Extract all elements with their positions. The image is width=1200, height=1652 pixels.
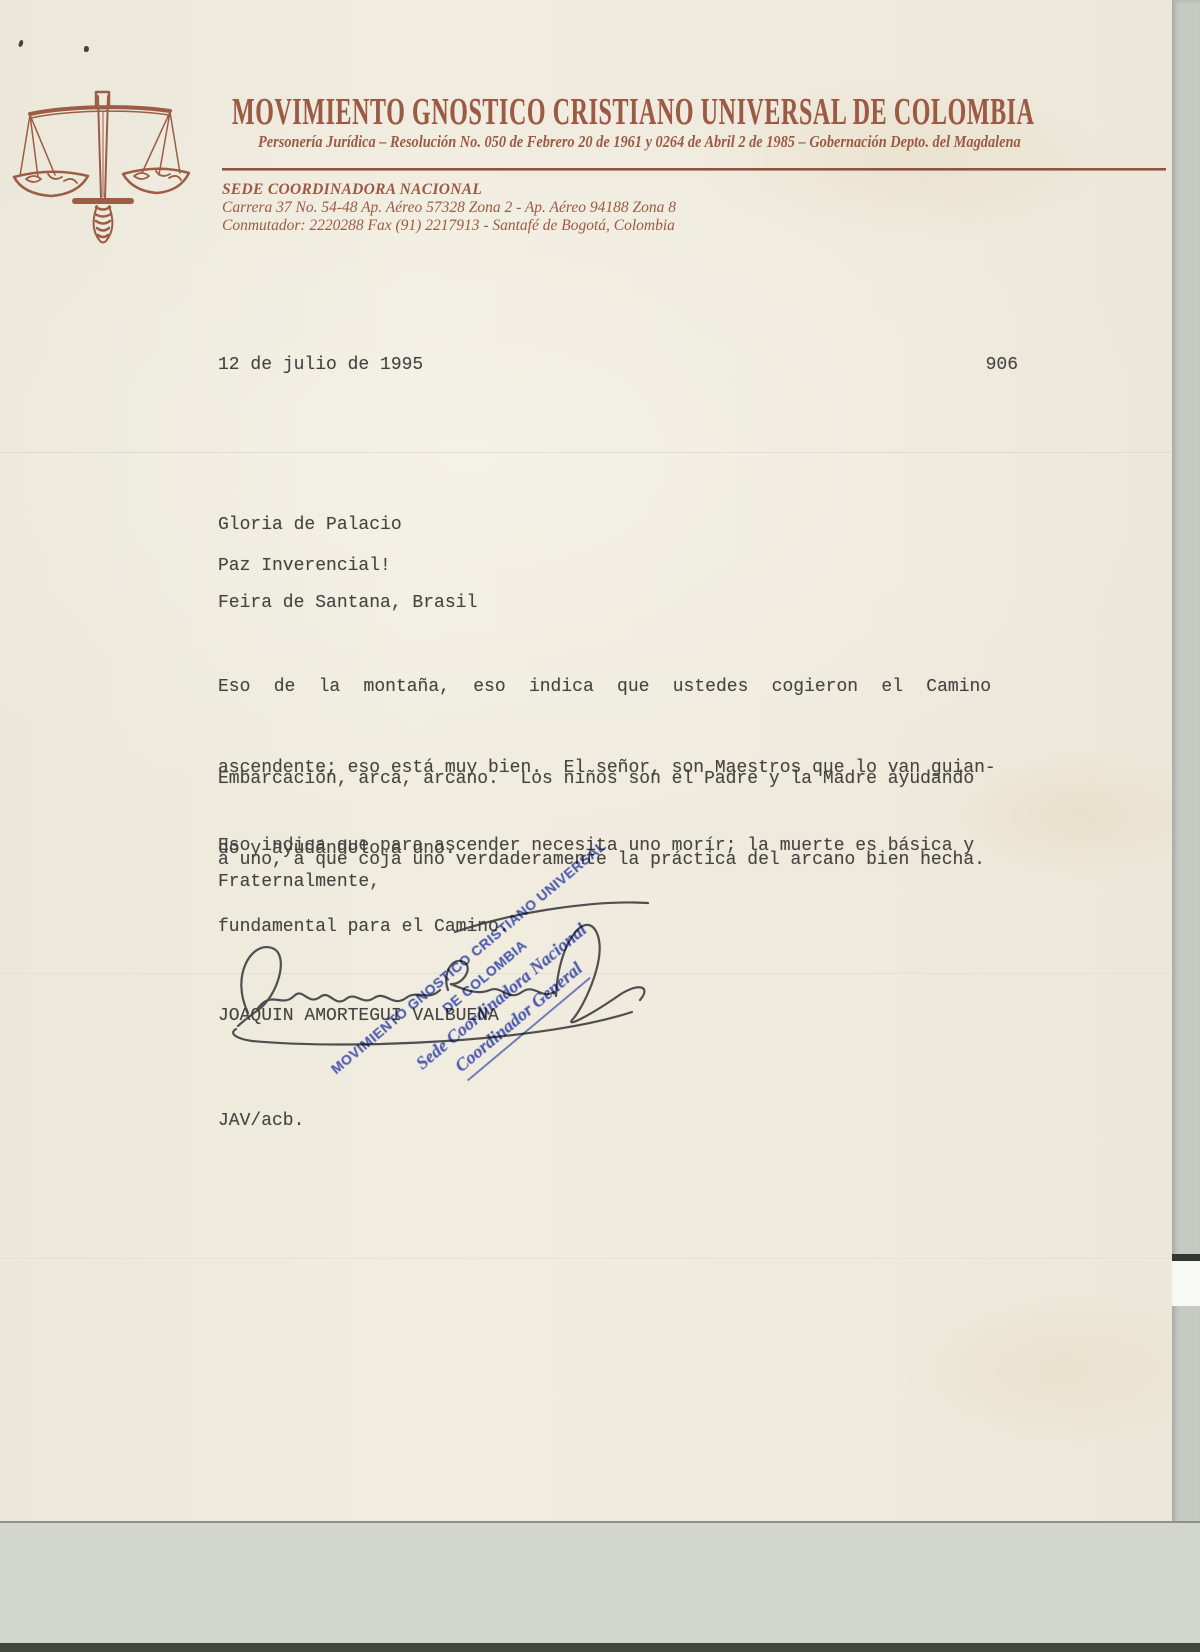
scanner-bed-right-strip bbox=[1172, 0, 1200, 1652]
fold-crease bbox=[0, 1258, 1172, 1260]
recipient-name: Gloria de Palacio bbox=[218, 512, 477, 538]
office-block: SEDE COORDINADORA NACIONAL Carrera 37 No… bbox=[222, 181, 676, 235]
scanner-edge-white-patch bbox=[1172, 1261, 1200, 1306]
typist-initials: JAV/acb. bbox=[218, 1108, 304, 1135]
rubber-stamp-text: MOVIMIENTO GNOSTICO CRISTIANO UNIVERSAL … bbox=[325, 834, 665, 1143]
fold-crease bbox=[0, 452, 1172, 454]
scanner-bed-bottom bbox=[0, 1521, 1200, 1652]
scanner-bottom-dark-band bbox=[0, 1643, 1200, 1652]
letterhead-rule bbox=[222, 168, 1166, 171]
office-address: Carrera 37 No. 54-48 Ap. Aéreo 57328 Zon… bbox=[222, 199, 676, 217]
letter-date: 12 de julio de 1995 bbox=[218, 352, 423, 379]
reference-number: 906 bbox=[986, 352, 1018, 379]
legal-resolution-line: Personería Jurídica – Resolución No. 050… bbox=[258, 132, 1021, 152]
date-row: 12 de julio de 1995 906 bbox=[218, 352, 1018, 379]
scanner-edge-dark-line bbox=[1172, 1254, 1200, 1261]
organization-title: MOVIMIENTO GNOSTICO CRISTIANO UNIVERSAL … bbox=[232, 90, 1035, 134]
paragraph-line: Eso de la montaña, eso indica que ustede… bbox=[218, 674, 996, 701]
scales-of-justice-icon bbox=[8, 70, 190, 250]
office-contact: Conmutador: 2220288 Fax (91) 2217913 - S… bbox=[222, 217, 676, 235]
scanned-letter-page: { "document": { "letterhead": { "org_nam… bbox=[0, 0, 1200, 1652]
office-title: SEDE COORDINADORA NACIONAL bbox=[222, 181, 676, 199]
rubber-stamp: MOVIMIENTO GNOSTICO CRISTIANO UNIVERSAL … bbox=[295, 853, 695, 1125]
recipient-location: Feira de Santana, Brasil bbox=[218, 590, 477, 616]
salutation: Paz Inverencial! bbox=[218, 553, 391, 580]
recipient-block: Gloria de Palacio Feira de Santana, Bras… bbox=[218, 460, 477, 642]
